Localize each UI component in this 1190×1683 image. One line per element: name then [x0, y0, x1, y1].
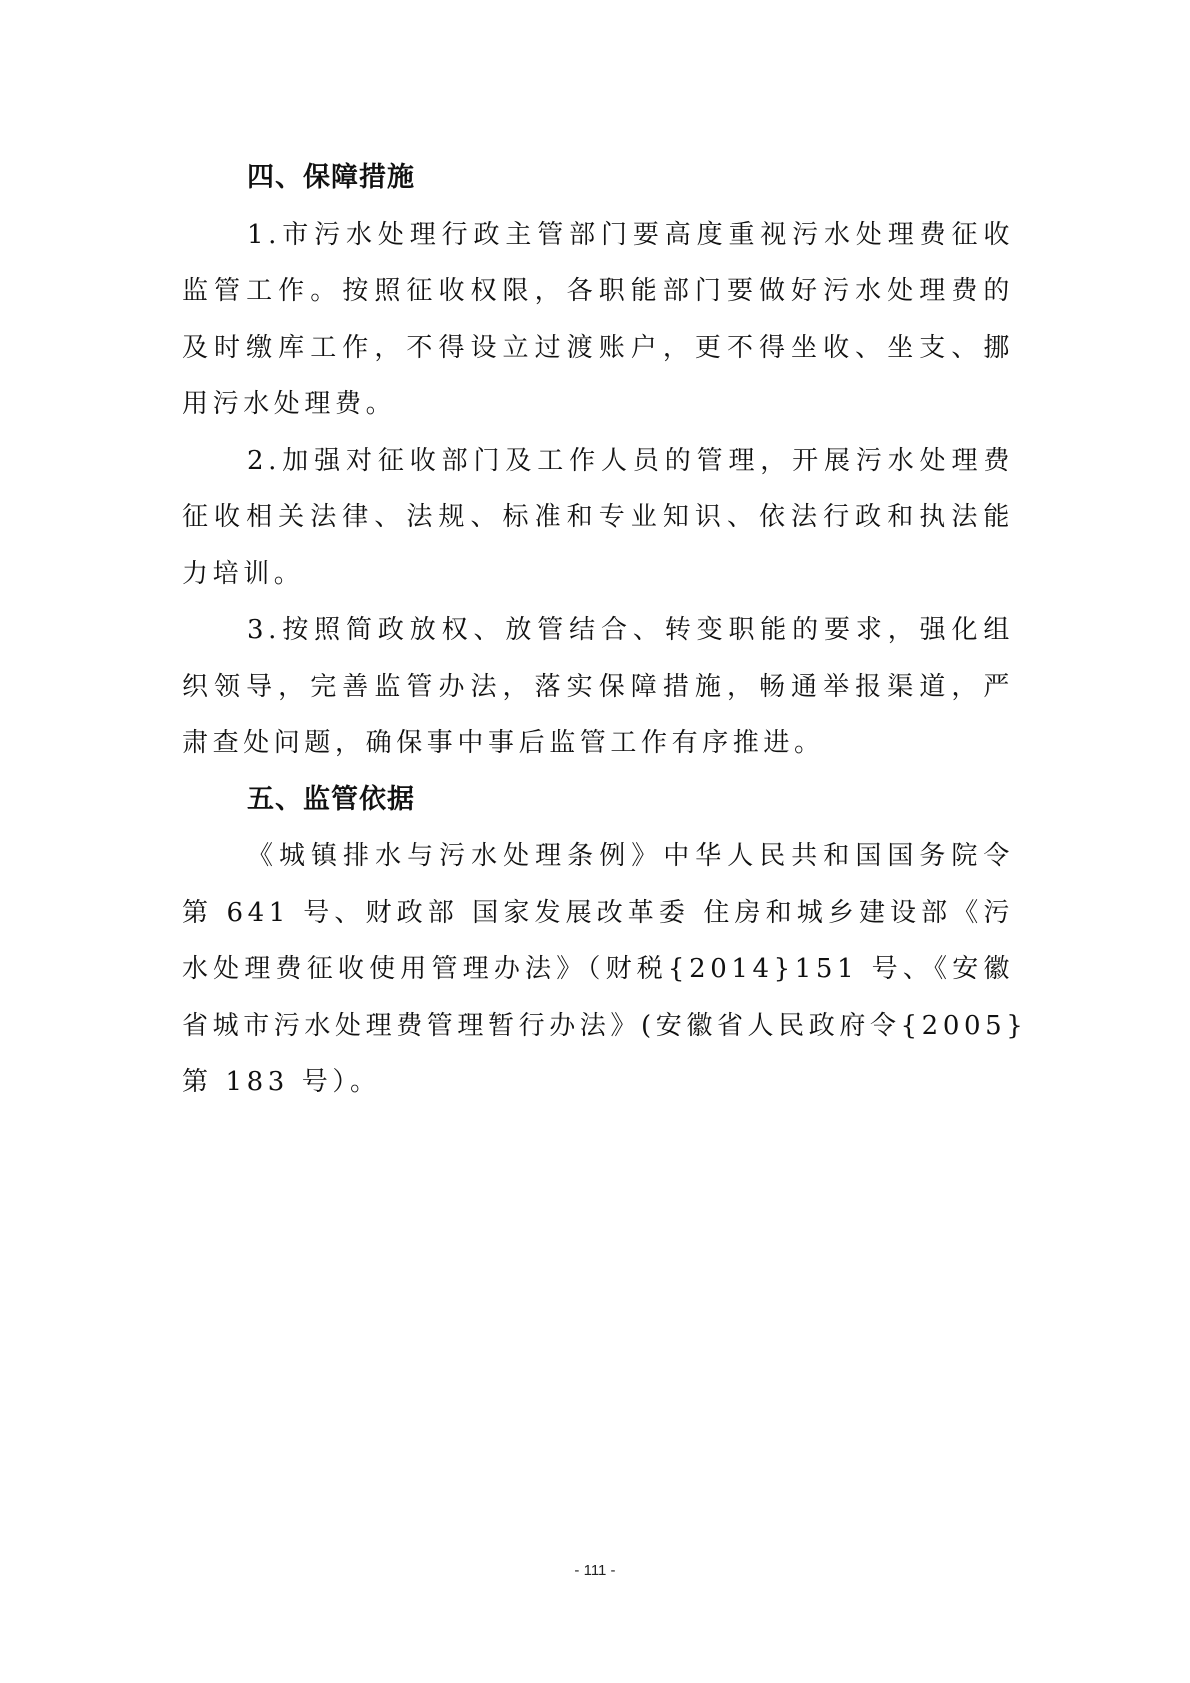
section-heading-safeguards: 四、保障措施	[182, 150, 1014, 207]
text-line: 及时缴库工作，不得设立过渡账户，更不得坐收、坐支、挪	[182, 320, 1014, 377]
text-line: 水处理费征收使用管理办法》（财税{2014}151 号、《安徽	[182, 941, 1014, 998]
text-line: 3.按照简政放权、放管结合、转变职能的要求，强化组	[182, 602, 1014, 659]
text-line: 第 183 号）。	[182, 1054, 1014, 1111]
text-line: 力培训。	[182, 546, 1014, 603]
text-line: 《城镇排水与污水处理条例》中华人民共和国国务院令	[182, 828, 1014, 885]
document-body: 四、保障措施 1.市污水处理行政主管部门要高度重视污水处理费征收 监管工作。按照…	[182, 150, 1014, 1111]
text-line: 征收相关法律、法规、标准和专业知识、依法行政和执法能	[182, 489, 1014, 546]
paragraph-regulatory-basis: 《城镇排水与污水处理条例》中华人民共和国国务院令 第 641 号、财政部 国家发…	[182, 828, 1014, 1111]
paragraph-safeguard-2: 2.加强对征收部门及工作人员的管理，开展污水处理费 征收相关法律、法规、标准和专…	[182, 433, 1014, 603]
text-line: 肃查处问题，确保事中事后监管工作有序推进。	[182, 715, 1014, 772]
text-line: 用污水处理费。	[182, 376, 1014, 433]
document-page: 四、保障措施 1.市污水处理行政主管部门要高度重视污水处理费征收 监管工作。按照…	[0, 0, 1190, 1683]
text-line: 第 641 号、财政部 国家发展改革委 住房和城乡建设部《污	[182, 885, 1014, 942]
text-line: 1.市污水处理行政主管部门要高度重视污水处理费征收	[182, 207, 1014, 264]
paragraph-safeguard-1: 1.市污水处理行政主管部门要高度重视污水处理费征收 监管工作。按照征收权限，各职…	[182, 207, 1014, 433]
text-line: 省城市污水处理费管理暂行办法》(安徽省人民政府令{2005}	[182, 998, 1014, 1055]
section-heading-regulatory-basis: 五、监管依据	[182, 772, 1014, 829]
page-number: - 111 -	[0, 1562, 1190, 1579]
text-line: 监管工作。按照征收权限，各职能部门要做好污水处理费的	[182, 263, 1014, 320]
text-line: 2.加强对征收部门及工作人员的管理，开展污水处理费	[182, 433, 1014, 490]
text-line: 织领导，完善监管办法，落实保障措施，畅通举报渠道，严	[182, 659, 1014, 716]
paragraph-safeguard-3: 3.按照简政放权、放管结合、转变职能的要求，强化组 织领导，完善监管办法，落实保…	[182, 602, 1014, 772]
